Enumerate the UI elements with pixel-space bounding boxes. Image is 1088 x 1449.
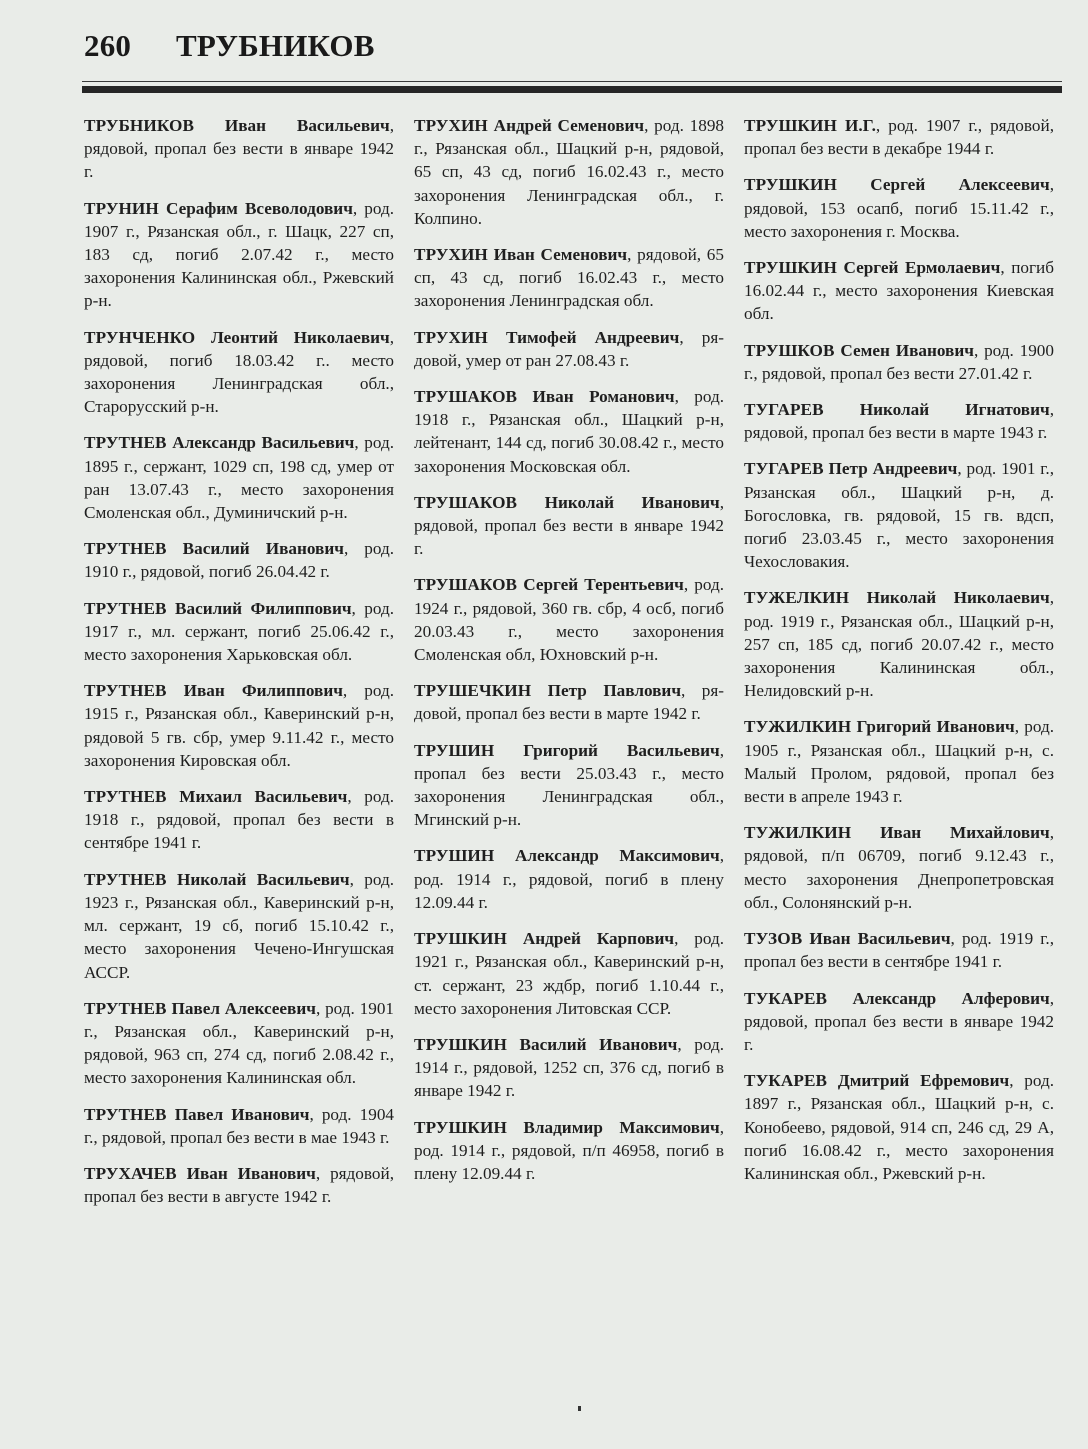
list-item: ТРУШАКОВ Иван Романович, род. 1918 г., Р… [414, 385, 724, 478]
entry-given-name: Сергей Ермолаевич [844, 258, 1001, 277]
list-item: ТРУТНЕВ Николай Васильевич, род. 1923 г.… [84, 868, 394, 984]
entry-surname: ТУЖИЛКИН [744, 717, 851, 736]
scan-speck [578, 1406, 581, 1411]
list-item: ТРУШАКОВ Сергей Терентье­вич, род. 1924 … [414, 573, 724, 666]
list-item: ТРУТНЕВ Василий Иванович, род. 1910 г., … [84, 537, 394, 583]
list-item: ТРУШКИН Сергей Алексеевич, рядовой, 153 … [744, 173, 1054, 243]
list-item: ТУГАРЕВ Петр Андреевич, род. 1901 г., Ря… [744, 457, 1054, 573]
entry-surname: ТРУТНЕВ [84, 433, 167, 452]
list-item: ТРУТНЕВ Михаил Васильевич, род. 1918 г.,… [84, 785, 394, 855]
entry-given-name: Александр Алферович [852, 989, 1049, 1008]
list-item: ТУКАРЕВ Александр Алферович, рядовой, пр… [744, 987, 1054, 1057]
list-item: ТРУШАКОВ Николай Иванович, рядовой, проп… [414, 491, 724, 561]
entry-surname: ТРУТНЕВ [84, 681, 167, 700]
column-2: ТРУХИН Андрей Семенович, род. 1898 г., Р… [414, 114, 724, 1221]
column-3: ТРУШКИН И.Г., род. 1907 г., рядо­вой, пр… [744, 114, 1054, 1221]
entry-given-name: Дмитрий Ефремович [838, 1071, 1009, 1090]
list-item: ТРУХИН Андрей Семенович, род. 1898 г., Р… [414, 114, 724, 230]
entry-surname: ТРУШКИН [414, 1035, 507, 1054]
entry-given-name: Григорий Иванович [857, 717, 1015, 736]
list-item: ТУГАРЕВ Николай Игнатович, рядовой, проп… [744, 398, 1054, 444]
entry-given-name: Николай Васильевич [177, 870, 350, 889]
list-item: ТУЖИЛКИН Григорий Иванович, род. 1905 г.… [744, 715, 1054, 808]
entry-surname: ТРУТНЕВ [84, 1105, 167, 1124]
entry-given-name: Николай Иванович [545, 493, 720, 512]
entry-surname: ТРУНЧЕНКО [84, 328, 195, 347]
entry-surname: ТУГАРЕВ [744, 459, 824, 478]
entry-given-name: Александр Максимо­вич [515, 846, 720, 865]
text-columns: ТРУБНИКОВ Иван Васильевич, рядовой, проп… [84, 114, 1062, 1221]
entry-given-name: Владимир Максимо­вич [523, 1118, 719, 1137]
list-item: ТРУНЧЕНКО Леонтий Николае­вич, рядовой, … [84, 326, 394, 419]
entry-surname: ТРУШКИН [744, 116, 837, 135]
entry-given-name: Тимофей Андреевич [506, 328, 679, 347]
entry-surname: ТРУШИН [414, 741, 494, 760]
page-header: 260 ТРУБНИКОВ [84, 28, 375, 64]
list-item: ТРУТНЕВ Александр Васильевич, род. 1895 … [84, 431, 394, 524]
entry-surname: ТРУНИН [84, 199, 159, 218]
list-item: ТРУТНЕВ Павел Алексеевич, род. 1901 г., … [84, 997, 394, 1090]
entry-surname: ТУГАРЕВ [744, 400, 824, 419]
entry-surname: ТРУШКИН [744, 258, 837, 277]
entry-given-name: Иван Семенович [494, 245, 627, 264]
list-item: ТРУШКИН Владимир Максимо­вич, род. 1914 … [414, 1116, 724, 1186]
entry-given-name: Александр Васильевич [172, 433, 354, 452]
entry-given-name: Иван Романович [533, 387, 675, 406]
entry-given-name: Иван Иванович [187, 1164, 316, 1183]
list-item: ТУЖЕЛКИН Николай Николае­вич, род. 1919 … [744, 586, 1054, 702]
page-number: 260 [84, 28, 176, 64]
entry-surname: ТУКАРЕВ [744, 1071, 827, 1090]
entry-surname: ТУЖИЛКИН [744, 823, 851, 842]
entry-given-name: Иван Михайлович [880, 823, 1050, 842]
entry-surname: ТРУШКОВ [744, 341, 835, 360]
entry-surname: ТРУШКИН [414, 929, 507, 948]
list-item: ТРУТНЕВ Иван Филиппович, род. 1915 г., Р… [84, 679, 394, 772]
entry-surname: ТРУШАКОВ [414, 493, 517, 512]
list-item: ТРУХАЧЕВ Иван Иванович, рядо­вой, пропал… [84, 1162, 394, 1208]
header-rule-thick [82, 86, 1062, 93]
list-item: ТРУШКИН Сергей Ермолаевич, погиб 16.02.4… [744, 256, 1054, 326]
list-item: ТРУШКОВ Семен Иванович, род. 1900 г., ря… [744, 339, 1054, 385]
entry-surname: ТРУХИН [414, 328, 488, 347]
list-item: ТРУХИН Иван Семенович, ря­довой, 65 сп, … [414, 243, 724, 313]
entry-given-name: Иван Васильевич [225, 116, 390, 135]
list-item: ТРУТНЕВ Павел Иванович, род. 1904 г., ря… [84, 1103, 394, 1149]
entry-given-name: Сергей Терентье­вич [523, 575, 684, 594]
entry-given-name: Андрей Карпович [523, 929, 674, 948]
entry-surname: ТРУТНЕВ [84, 787, 167, 806]
header-rule-thin [82, 81, 1062, 82]
list-item: ТУЗОВ Иван Васильевич, род. 1919 г., про… [744, 927, 1054, 973]
list-item: ТРУШИН Григорий Васильевич, пропал без в… [414, 739, 724, 832]
entry-surname: ТУКАРЕВ [744, 989, 827, 1008]
list-item: ТРУНИН Серафим Всеволодович, род. 1907 г… [84, 197, 394, 313]
entry-surname: ТРУХАЧЕВ [84, 1164, 177, 1183]
entry-given-name: Петр Павлович [548, 681, 681, 700]
entry-given-name: Леонтий Николае­вич [211, 328, 390, 347]
entry-given-name: Петр Андреевич [829, 459, 958, 478]
entry-given-name: Семен Иванович [840, 341, 974, 360]
entry-surname: ТРУТНЕВ [84, 599, 167, 618]
entry-given-name: И.Г. [845, 116, 876, 135]
list-item: ТУКАРЕВ Дмитрий Ефремович, род. 1897 г.,… [744, 1069, 1054, 1185]
entry-given-name: Василий Филиппович [175, 599, 352, 618]
entry-surname: ТРУШКИН [414, 1118, 507, 1137]
entry-given-name: Григорий Васильевич [523, 741, 719, 760]
entry-surname: ТРУШКИН [744, 175, 837, 194]
entry-given-name: Николай Игнатович [860, 400, 1050, 419]
list-item: ТРУТНЕВ Василий Филиппович, род. 1917 г.… [84, 597, 394, 667]
entry-surname: ТРУТНЕВ [84, 870, 167, 889]
entry-surname: ТРУХИН [414, 245, 488, 264]
list-item: ТРУБНИКОВ Иван Васильевич, рядовой, проп… [84, 114, 394, 184]
entry-given-name: Василий Иванович [520, 1035, 678, 1054]
entry-given-name: Сергей Алексеевич [870, 175, 1049, 194]
list-item: ТРУШКИН И.Г., род. 1907 г., рядо­вой, пр… [744, 114, 1054, 160]
entry-given-name: Михаил Васильевич [179, 787, 347, 806]
entry-surname: ТРУБНИКОВ [84, 116, 194, 135]
running-title: ТРУБНИКОВ [176, 28, 375, 64]
entry-surname: ТУЖЕЛКИН [744, 588, 849, 607]
entry-surname: ТРУТНЕВ [84, 999, 167, 1018]
list-item: ТРУШКИН Василий Иванович, род. 1914 г., … [414, 1033, 724, 1103]
entry-surname: ТРУТНЕВ [84, 539, 167, 558]
entry-surname: ТРУШЕЧКИН [414, 681, 531, 700]
entry-given-name: Иван Васильевич [809, 929, 950, 948]
entry-given-name: Павел Иванович [175, 1105, 310, 1124]
entry-given-name: Павел Алексеевич [171, 999, 315, 1018]
column-1: ТРУБНИКОВ Иван Васильевич, рядовой, проп… [84, 114, 394, 1221]
entry-surname: ТРУШАКОВ [414, 575, 517, 594]
entry-given-name: Николай Николае­вич [867, 588, 1050, 607]
entry-surname: ТРУШАКОВ [414, 387, 517, 406]
list-item: ТРУШКИН Андрей Карпович, род. 1921 г., Р… [414, 927, 724, 1020]
list-item: ТРУШЕЧКИН Петр Павлович, ря­довой, пропа… [414, 679, 724, 725]
entry-given-name: Серафим Всеволодович [166, 199, 353, 218]
list-item: ТУЖИЛКИН Иван Михайлович, рядовой, п/п 0… [744, 821, 1054, 914]
entry-surname: ТРУХИН [414, 116, 488, 135]
entry-surname: ТРУШИН [414, 846, 494, 865]
entry-given-name: Иван Филиппович [184, 681, 343, 700]
list-item: ТРУШИН Александр Максимо­вич, род. 1914 … [414, 844, 724, 914]
entry-given-name: Андрей Семенович [494, 116, 644, 135]
entry-given-name: Василий Иванович [183, 539, 344, 558]
list-item: ТРУХИН Тимофей Андреевич, ря­довой, умер… [414, 326, 724, 372]
entry-surname: ТУЗОВ [744, 929, 802, 948]
